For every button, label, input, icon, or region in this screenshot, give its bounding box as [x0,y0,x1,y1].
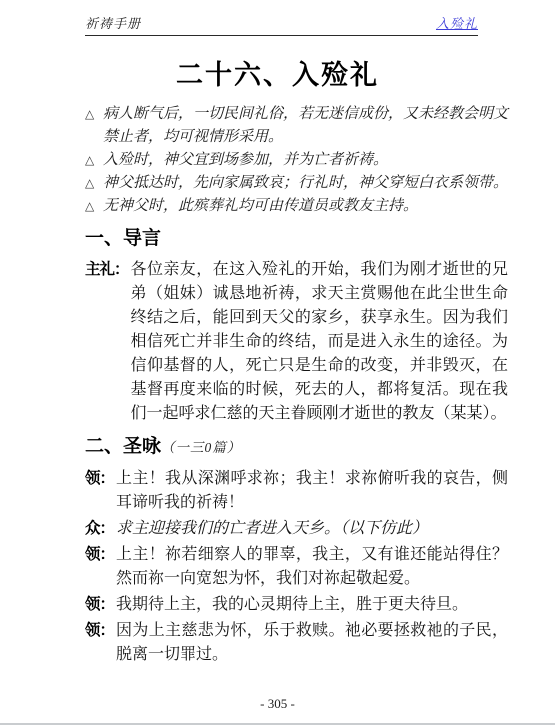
celebrant-speech-text: 各位亲友，在这入殓礼的开始，我们为刚才逝世的兄弟（姐妹）诚恳地祈祷，求天主赏赐他… [131,258,508,426]
section-heading-psalm: 二、圣咏（一三0篇） [85,435,508,460]
psalm-line: 众： 求主迎接我们的亡者进入天乡。（以下仿此） [85,517,508,541]
speaker-label-celebrant: 主礼： [85,258,131,426]
psalm-line-text: 求主迎接我们的亡者进入天乡。（以下仿此） [116,517,508,541]
psalm-line: 领： 上主！祢若细察人的罪辜，我主，又有谁还能站得住？然而祢一向宽恕为怀，我们对… [85,543,508,591]
celebrant-speech: 主礼： 各位亲友，在这入殓礼的开始，我们为刚才逝世的兄弟（姐妹）诚恳地祈祷，求天… [85,258,508,426]
rubric-note-text: 神父抵达时，先向家属致哀；行礼时，神父穿短白衣系领带。 [103,172,508,195]
triangle-bullet-icon: △ [85,149,103,172]
psalm-line-text: 上主！我从深渊呼求祢；我主！求祢俯听我的哀告，侧耳谛听我的祈祷！ [116,467,508,515]
speaker-label-leader: 领： [85,593,116,617]
page-number: - 305 - [0,696,555,712]
speaker-label-congregation: 众： [85,517,116,541]
psalm-line: 领： 因为上主慈悲为怀，乐于救赎。祂必要拯救祂的子民，脱离一切罪过。 [85,619,508,667]
page-bottom-edge-line [0,723,555,725]
rubric-note-text: 病人断气后，一切民间礼俗，若无迷信成份，又未经教会明文禁止者，均可视情形采用。 [103,103,508,149]
psalm-line-text: 上主！祢若细察人的罪辜，我主，又有谁还能站得住？然而祢一向宽恕为怀，我们对祢起敬… [116,543,508,591]
speaker-label-leader: 领： [85,543,116,591]
chapter-title: 二十六、入殓礼 [0,53,555,92]
rubric-note: △ 病人断气后，一切民间礼俗，若无迷信成份，又未经教会明文禁止者，均可视情形采用… [85,103,508,149]
psalm-line: 领： 上主！我从深渊呼求祢；我主！求祢俯听我的哀告，侧耳谛听我的祈祷！ [85,467,508,515]
psalm-number-annotation: （一三0篇） [161,440,241,455]
page-header: 祈祷手册 入殓礼 [85,13,478,36]
section-heading-introduction: 一、导言 [85,227,508,251]
rubric-note-text: 入殓时，神父宜到场参加，并为亡者祈祷。 [103,149,508,172]
rubric-note: △ 神父抵达时，先向家属致哀；行礼时，神父穿短白衣系领带。 [85,172,508,195]
header-section-link[interactable]: 入殓礼 [436,13,478,32]
rubric-note: △ 无神父时，此殡葬礼均可由传道员或教友主持。 [85,195,508,218]
rubric-notes-list: △ 病人断气后，一切民间礼俗，若无迷信成份，又未经教会明文禁止者，均可视情形采用… [85,103,508,218]
triangle-bullet-icon: △ [85,103,103,126]
section-heading-psalm-title: 二、圣咏 [85,436,161,457]
psalm-line-text: 因为上主慈悲为怀，乐于救赎。祂必要拯救祂的子民，脱离一切罪过。 [116,619,508,667]
triangle-bullet-icon: △ [85,172,103,195]
speaker-label-leader: 领： [85,619,116,667]
document-page: 祈祷手册 入殓礼 二十六、入殓礼 △ 病人断气后，一切民间礼俗，若无迷信成份，又… [0,0,555,726]
header-booklet-title: 祈祷手册 [85,13,141,32]
rubric-note-text: 无神父时，此殡葬礼均可由传道员或教友主持。 [103,195,508,218]
psalm-line-text: 我期待上主，我的心灵期待上主，胜于更夫待旦。 [116,593,508,617]
triangle-bullet-icon: △ [85,195,103,218]
rubric-note: △ 入殓时，神父宜到场参加，并为亡者祈祷。 [85,149,508,172]
psalm-line: 领： 我期待上主，我的心灵期待上主，胜于更夫待旦。 [85,593,508,617]
speaker-label-leader: 领： [85,467,116,515]
